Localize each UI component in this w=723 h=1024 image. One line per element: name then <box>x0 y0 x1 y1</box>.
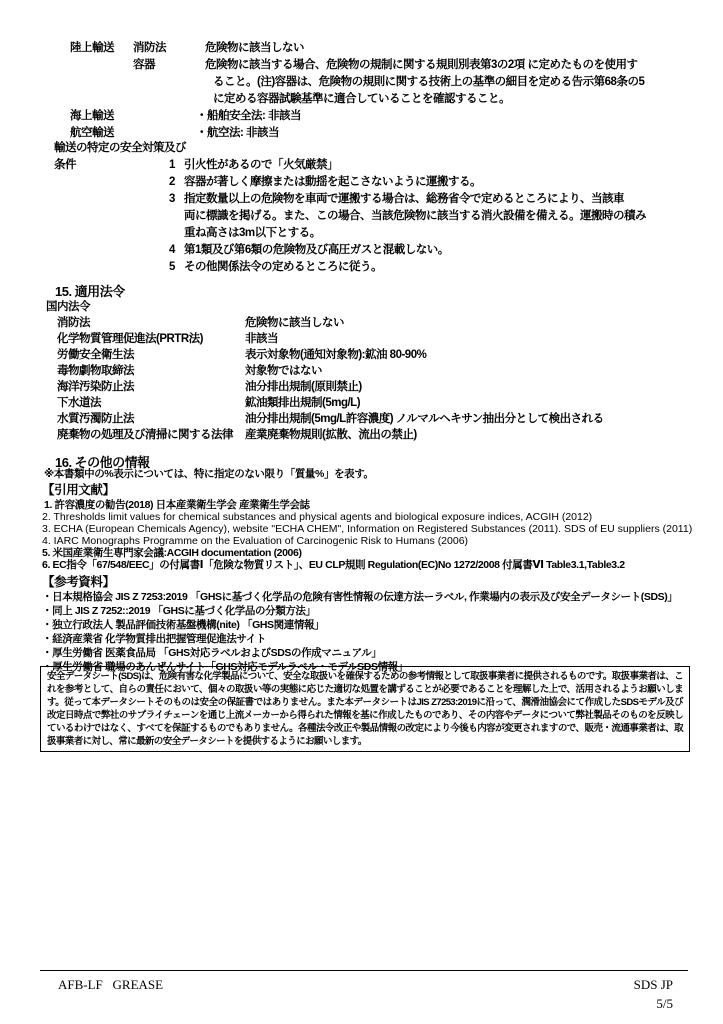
law-value: 対象物ではない <box>245 363 322 380</box>
transport-mode-land-label: 陸上輸送 <box>70 40 114 57</box>
law-name: 毒物劇物取締法 <box>57 363 134 380</box>
law-value: 鉱油類排出規制(5mg/L) <box>245 395 360 412</box>
footer-page-number: 5/5 <box>656 996 673 1012</box>
law-value: 産業廃棄物規則(拡散、流出の禁止) <box>245 427 417 444</box>
law-name: 消防法 <box>57 315 90 332</box>
condition-text: 第1類及び第6類の危険物及び高圧ガスと混載しない。 <box>184 242 449 259</box>
law-value: 表示対象物(通知対象物):鉱油 80-90% <box>245 347 426 364</box>
transport-special-measures-label: 輸送の特定の安全対策及び <box>54 140 186 157</box>
mass-percent-note: ※本書類中の%表示については、特に指定のない限り「質量%」を表す。 <box>44 466 374 481</box>
reference-item: ・日本規格協会 JIS Z 7253:2019 「GHSに基づく化学品の危険有害… <box>42 590 677 604</box>
footer-product-name: AFB-LF GREASE <box>58 977 163 993</box>
citation-item: 6. EC指令「67/548/EEC」の付属書Ⅰ「危険な物質リスト」、EU CL… <box>42 559 625 571</box>
footer-divider <box>40 970 688 971</box>
citation-item: 4. IARC Monographs Programme on the Eval… <box>42 535 468 547</box>
reference-item: ・厚生労働省 医薬食品局 「GHS対応ラベルおよびSDSの作成マニュアル」 <box>42 646 381 660</box>
law-value: 非該当 <box>245 331 278 348</box>
law-value: 危険物に該当しない <box>245 315 344 332</box>
condition-text: その他関係法令の定めるところに従う。 <box>184 259 382 276</box>
law-name: 化学物質管理促進法(PRTR法) <box>57 331 203 348</box>
condition-text: 容器が著しく摩擦または動揺を起こさないように運搬する。 <box>184 174 481 191</box>
reference-item: ・同上 JIS Z 7252::2019 「GHSに基づく化学品の分類方法」 <box>42 604 316 618</box>
condition-number: 3 <box>169 191 175 208</box>
law-value: 油分排出規制(5mg/L許容濃度) ノルマルヘキサン抽出分として検出される <box>245 411 604 428</box>
transport-fire-law-value: 危険物に該当しない <box>205 40 304 57</box>
law-name: 水質汚濁防止法 <box>57 411 134 428</box>
condition-number: 5 <box>169 259 175 276</box>
reference-item: ・独立行政法人 製品評価技術基盤機構(nite) 「GHS関連情報」 <box>42 618 324 632</box>
citation-item: 1. 許容濃度の勧告(2018) 日本産業衛生学会 産業衛生学会誌 <box>44 499 310 511</box>
transport-container-value: 危険物に該当する場合、危険物の規制に関する規則別表第3の2項 に定めたものを使用… <box>205 57 697 108</box>
transport-mode-sea-label: 海上輸送 <box>70 108 114 125</box>
condition-number: 1 <box>169 157 175 174</box>
law-name: 下水道法 <box>57 395 101 412</box>
footer-doc-code: SDS JP <box>634 977 673 993</box>
citations-header: 【引用文献】 <box>42 480 115 498</box>
transport-fire-law-label: 消防法 <box>133 40 166 57</box>
transport-sea-law-value: ・船舶安全法: 非該当 <box>196 108 301 125</box>
condition-text: 指定数量以上の危険物を車両で運搬する場合は、総務省令で定めるところにより、当該車… <box>184 191 684 242</box>
condition-number: 2 <box>169 174 175 191</box>
condition-number: 4 <box>169 242 175 259</box>
citation-item: 3. ECHA (European Chemicals Agency), web… <box>42 523 692 535</box>
references-header: 【参考資料】 <box>42 572 115 590</box>
reference-item: ・経済産業省 化学物質排出把握管理促進法サイト <box>42 632 266 646</box>
section-15-subtitle: 国内法令 <box>46 299 90 316</box>
condition-text: 引火性があるので「火気厳禁」 <box>184 157 338 174</box>
law-value: 油分排出規制(原則禁止) <box>245 379 362 396</box>
disclaimer-text: 安全データシート(SDS)は、危険有害な化学製品について、安全な取扱いを確保する… <box>47 671 683 747</box>
law-name: 海洋汚染防止法 <box>57 379 134 396</box>
disclaimer-box: 安全データシート(SDS)は、危険有害な化学製品について、安全な取扱いを確保する… <box>40 666 690 752</box>
citation-item: 5. 米国産業衛生専門家会議:ACGIH documentation (2006… <box>42 547 302 559</box>
citation-item: 2. Thresholds limit values for chemical … <box>42 511 592 523</box>
transport-air-law-value: ・航空法: 非該当 <box>196 125 279 142</box>
sds-document-page: 陸上輸送 消防法 危険物に該当しない 容器 危険物に該当する場合、危険物の規制に… <box>0 0 723 1024</box>
transport-conditions-label: 条件 <box>54 157 76 174</box>
law-name: 労働安全衛生法 <box>57 347 134 364</box>
transport-container-label: 容器 <box>133 57 155 74</box>
section-15-title: 15. 適用法令 <box>55 281 125 300</box>
law-name: 廃棄物の処理及び清掃に関する法律 <box>57 427 233 444</box>
